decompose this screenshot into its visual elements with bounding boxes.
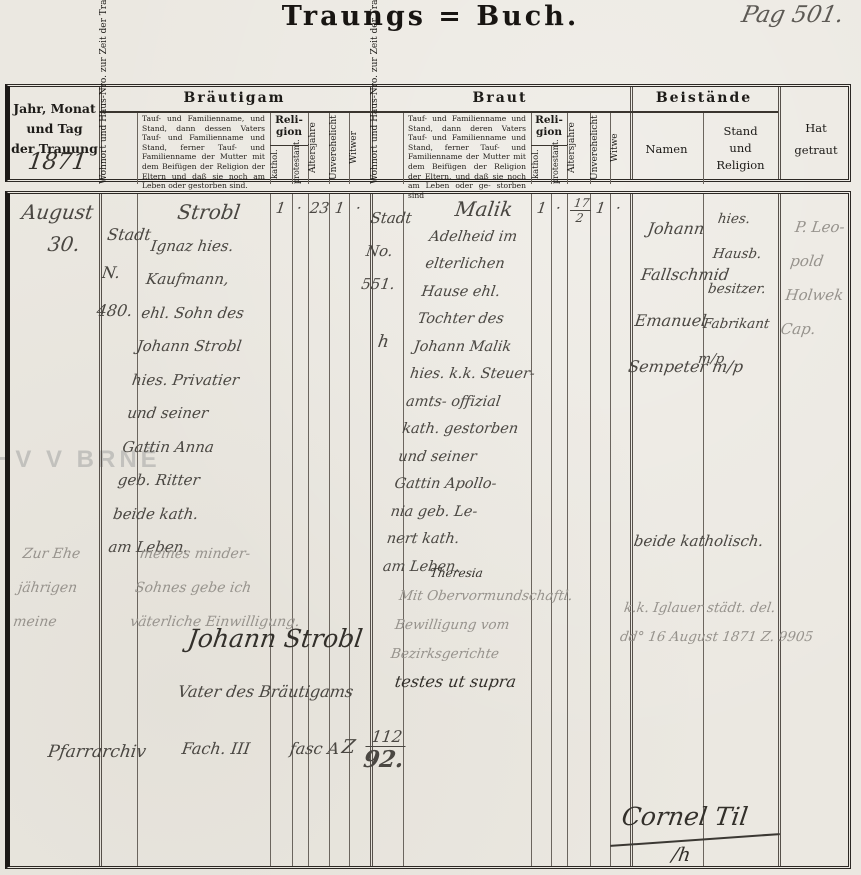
consent-signature: Johann Strobl (186, 624, 364, 653)
witness-stand-line: Religion (703, 157, 778, 174)
groom-description-header: Tauf- und Familienname, und Stand, dann … (137, 111, 270, 184)
witness-both-note: beide katholisch. (633, 532, 765, 550)
bride-protestant-mark: · (555, 199, 562, 217)
groom-catholic-label: kathol. (270, 145, 292, 184)
guardianship-note-left: Mit Obervormundschaftl.Bewilligung vomBe… (389, 582, 575, 669)
rule (270, 194, 271, 866)
rule (567, 194, 568, 866)
groom-age-header: Altersjahre (308, 111, 329, 184)
bride-age-value: 172 (568, 197, 593, 224)
marriage-register-scan: Traungs = Buch. Pag 501. HV V BRNĚ (0, 0, 861, 875)
bride-widow-header: Witwe (610, 111, 630, 184)
bride-residence-value: StadtNo.551. (359, 202, 414, 301)
groom-protestant-mark: · (296, 199, 303, 217)
groom-catholic-header: kathol. (270, 145, 292, 184)
archive-number-top: 112 (365, 729, 408, 747)
officiant-value: P. Leo-poldHolwekCap. (778, 210, 855, 346)
consent-note-left: Zur Ehejährigenmeine (11, 537, 84, 639)
table-body-grid: August 30. StadtN.480. StroblIgnaz hies.… (10, 194, 848, 866)
witness-stand-header: Stand und Religion (703, 123, 778, 174)
groom-religion-header: Reli- gion (270, 111, 308, 138)
consent-signature-role: Vater des Bräutigams (177, 682, 355, 701)
witness-stand-line: und (703, 140, 778, 157)
bride-religion-header: Reli- gion (531, 111, 567, 138)
archive-label: Pfarrarchiv (47, 742, 148, 762)
entry-day: 30. (46, 232, 81, 256)
bride-section-title: Braut (370, 90, 630, 106)
groom-widower-header: Witwer (349, 111, 370, 184)
rule (778, 194, 781, 866)
groom-age-value: 23 (309, 199, 331, 217)
groom-unmarried-header: Unverehelicht (329, 111, 349, 184)
bride-widow-mark: · (615, 199, 622, 217)
rule (630, 194, 633, 866)
rule (329, 194, 330, 866)
groom-protestant-header: protestant. (292, 145, 308, 184)
officiant-header-line: Hat (778, 117, 854, 139)
groom-catholic-mark: 1 (275, 199, 287, 217)
bride-description-header: Tauf- und Familienname und Stand, dann d… (403, 111, 531, 184)
rule (292, 194, 293, 866)
rule (590, 194, 591, 866)
signature-flourish (610, 833, 780, 847)
bride-entry-text: MalikAdelheid imelterlichenHause ehl.Toc… (381, 196, 560, 581)
bride-age-header: Altersjahre (567, 111, 590, 184)
groom-widower-label: Witwer (349, 111, 370, 184)
header-date-line: Jahr, Monat (10, 99, 99, 119)
witnesses-section-title: Beistände (630, 90, 778, 106)
page-number: Pag 501. (739, 2, 860, 28)
archive-fasc: fasc A (289, 739, 341, 758)
rule (349, 194, 350, 866)
groom-section-title: Bräutigam (99, 90, 370, 106)
bride-protestant-header: protestant. (551, 145, 567, 184)
archive-number: 11292. (362, 729, 408, 771)
bride-insert-note: Theresia (429, 566, 484, 580)
groom-age-label: Altersjahre (308, 111, 329, 184)
header-year-handwritten: 1871 (26, 149, 88, 175)
bride-unmarried-mark: 1 (595, 199, 607, 217)
bride-age-bottom: 2 (568, 211, 591, 224)
groom-widower-mark: · (355, 199, 362, 217)
bride-residence-mark: h (377, 332, 391, 352)
groom-protestant-label: protestant. (292, 145, 308, 184)
groom-residence-header: Wohnort und Haus-Nro. zur Zeit der Trauu… (99, 111, 137, 184)
officiant-signature: Cornel Til (620, 802, 750, 831)
archive-fach: Fach. III (181, 739, 252, 758)
archive-z: Z (340, 736, 356, 758)
bride-age-label: Altersjahre (567, 111, 590, 184)
rule (551, 194, 552, 866)
rule (610, 194, 611, 866)
bride-residence-label: Wohnort und Haus-Nro. zur Zeit der Trauu… (370, 111, 403, 184)
groom-unmarried-mark: 1 (334, 199, 346, 217)
table-header: Jahr, Monat und Tag der Trauung 1871 Brä… (5, 84, 851, 182)
table-body: August 30. StadtN.480. StroblIgnaz hies.… (5, 191, 851, 869)
header-date-line: und Tag (10, 119, 99, 139)
bride-widow-label: Witwe (610, 111, 630, 184)
bride-residence-header: Wohnort und Haus-Nro. zur Zeit der Trauu… (370, 111, 403, 184)
officiant-header: Hat getraut (778, 117, 854, 161)
bride-protestant-label: protestant. (551, 145, 567, 184)
table-header-grid: Jahr, Monat und Tag der Trauung 1871 Brä… (10, 87, 848, 179)
rule (308, 194, 309, 866)
groom-unmarried-label: Unverehelicht (329, 111, 349, 184)
bride-unmarried-label: Unverehelicht (590, 111, 610, 184)
groom-residence-label: Wohnort und Haus-Nro. zur Zeit der Trauu… (99, 111, 137, 184)
officiant-header-line: getraut (778, 139, 854, 161)
page-title: Traungs = Buch. (0, 1, 861, 32)
bride-catholic-header: kathol. (531, 145, 551, 184)
bride-age-top: 17 (570, 197, 593, 211)
bride-unmarried-header: Unverehelicht (590, 111, 610, 184)
bride-catholic-label: kathol. (531, 145, 551, 184)
testes-note: testes ut supra (394, 672, 518, 691)
guardianship-note-right: k.k. Iglauer städt. del.dd° 16 August 18… (618, 594, 819, 652)
witness-names-header: Namen (630, 142, 703, 156)
archive-number-bottom: 92. (362, 747, 405, 771)
entry-month: August (20, 200, 95, 224)
signature-mark: /h (670, 844, 692, 866)
witness-stand-line: Stand (703, 123, 778, 140)
